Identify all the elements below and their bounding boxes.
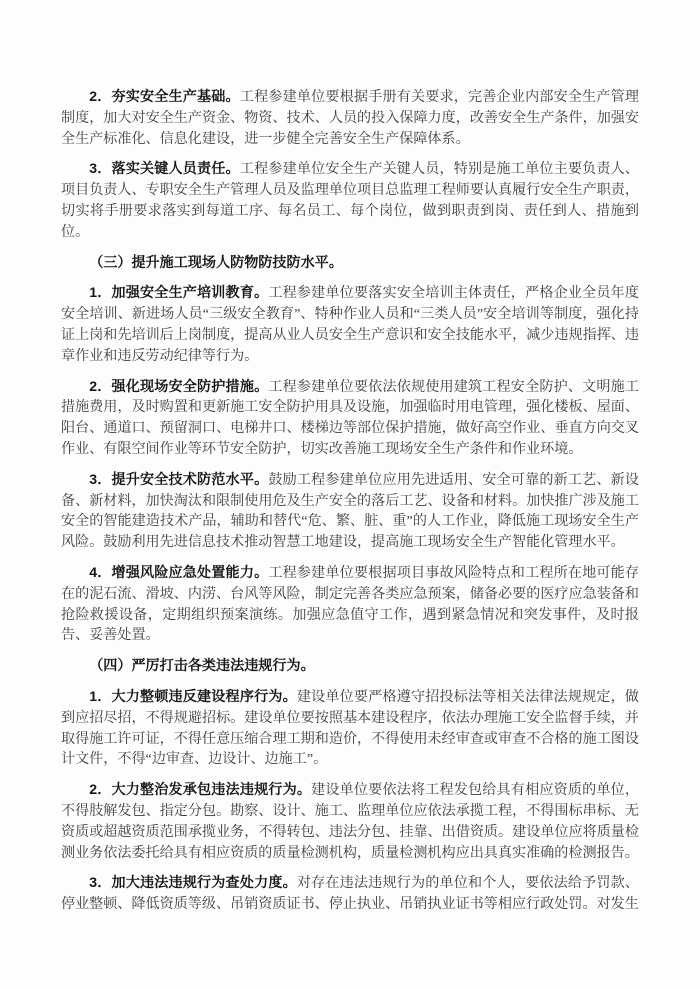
paragraph-lead: 4．增强风险应急处置能力。: [89, 564, 268, 580]
paragraph-lead: 1．大力整顿违反建设程序行为。: [89, 688, 297, 704]
paragraph-emergency-response-capability: 4．增强风险应急处置能力。工程参建单位要根据项目事故风险特点和工程所在地可能存在…: [61, 562, 639, 646]
paragraph-safety-training-education: 1．加强安全生产培训教育。工程参建单位要落实安全培训主体责任，严格企业全员年度安…: [61, 282, 639, 366]
paragraph-lead: 1．加强安全生产培训教育。: [89, 284, 268, 300]
paragraph-lead: 3．加大违法违规行为查处力度。: [89, 874, 297, 890]
paragraph-site-protection-measures: 2．强化现场安全防护措施。工程参建单位要依法依规使用建筑工程安全防护、文明施工措…: [61, 376, 639, 460]
document-page: 2．夯实安全生产基础。工程参建单位要根据手册有关要求，完善企业内部安全生产管理制…: [0, 0, 700, 989]
paragraph-lead: 3．提升安全技术防范水平。: [89, 471, 268, 487]
paragraph-rectify-construction-procedure-violations: 1．大力整顿违反建设程序行为。建设单位要严格遵守招投标法等相关法律法规规定，做到…: [61, 686, 639, 770]
paragraph-contracting-violations: 2．大力整治发承包违法违规行为。建设单位要依法将工程发包给具有相应资质的单位，不…: [61, 779, 639, 863]
paragraph-lead: 3．落实关键人员责任。: [89, 160, 240, 176]
document-content: 2．夯实安全生产基础。工程参建单位要根据手册有关要求，完善企业内部安全生产管理制…: [61, 86, 639, 915]
section-heading-text: （四）严厉打击各类违法违规行为。: [89, 657, 315, 673]
paragraph-key-personnel-responsibility: 3．落实关键人员责任。工程参建单位安全生产关键人员，特别是施工单位主要负责人、项…: [61, 158, 639, 242]
paragraph-lead: 2．强化现场安全防护措施。: [89, 378, 268, 394]
paragraph-technical-prevention-level: 3．提升安全技术防范水平。鼓励工程参建单位应用先进适用、安全可靠的新工艺、新设备…: [61, 469, 639, 553]
section-heading-text: （三）提升施工现场人防物防技防水平。: [89, 254, 343, 270]
paragraph-lead: 2．夯实安全生产基础。: [89, 88, 240, 104]
section-heading-3: （三）提升施工现场人防物防技防水平。: [61, 252, 639, 274]
section-heading-4: （四）严厉打击各类违法违规行为。: [61, 655, 639, 677]
paragraph-lead: 2．大力整治发承包违法违规行为。: [89, 781, 311, 797]
paragraph-consolidate-safety-foundation: 2．夯实安全生产基础。工程参建单位要根据手册有关要求，完善企业内部安全生产管理制…: [61, 86, 639, 149]
paragraph-intensify-investigation-punishment: 3．加大违法违规行为查处力度。对存在违法违规行为的单位和个人，要依法给予罚款、停…: [61, 872, 639, 915]
